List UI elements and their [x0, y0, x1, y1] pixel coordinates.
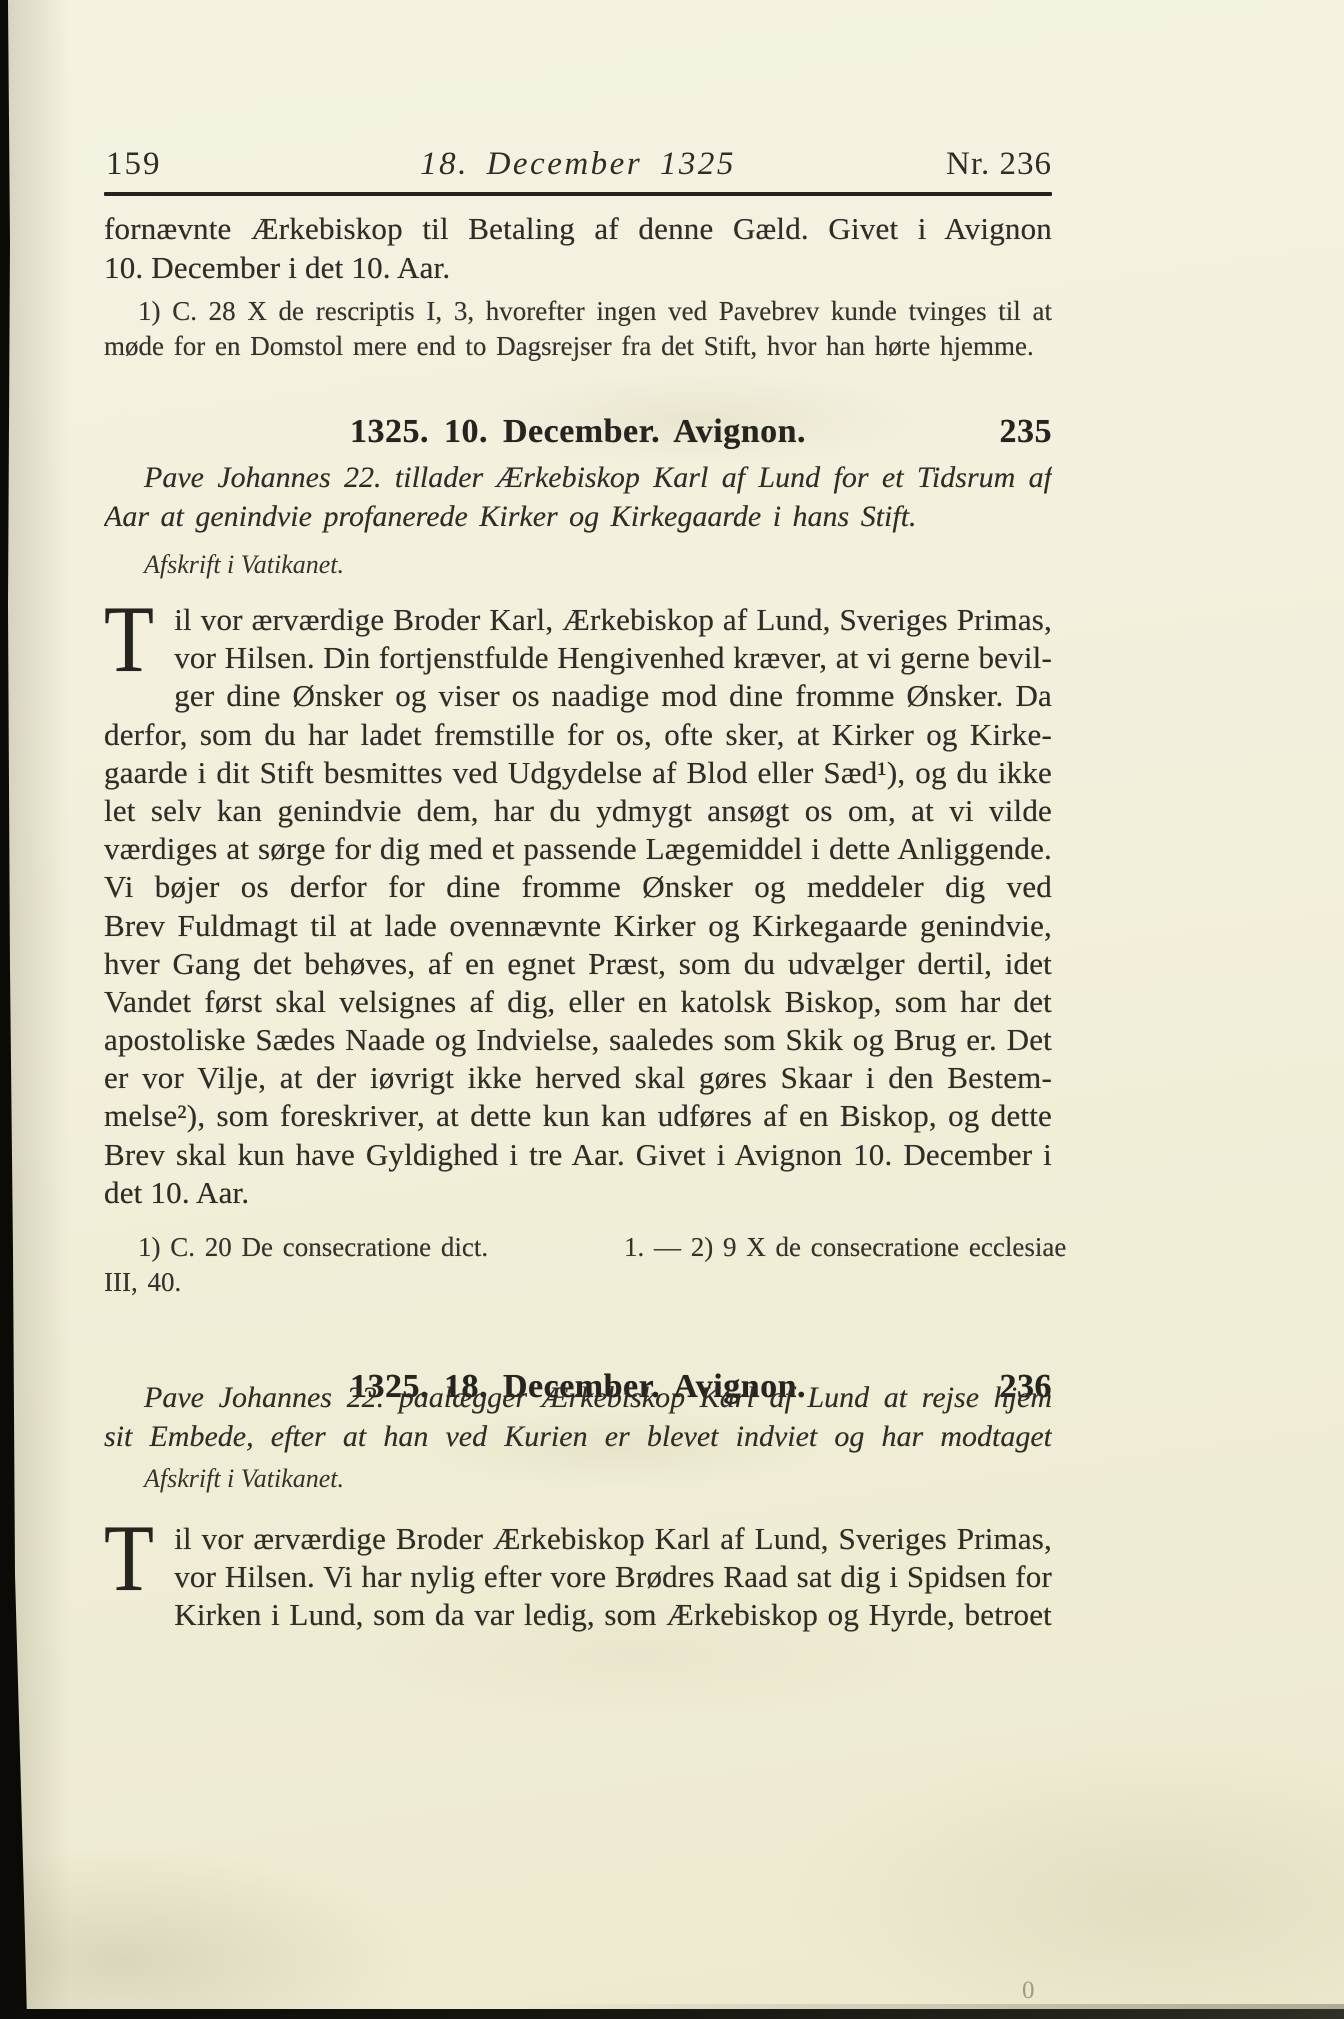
- entry-235-body: T il vor ærværdige Broder Karl, Ærkebisk…: [104, 601, 1052, 1212]
- drop-cap-t: T: [104, 1520, 154, 1597]
- text-line: møde for en Domstol mere end to Dagsrejs…: [104, 329, 1052, 364]
- text-line: det 10. Aar.: [104, 1174, 1052, 1212]
- entry-236-summary: Pave Johannes 22. paalægger Ærkebiskop K…: [104, 1379, 1052, 1456]
- drop-cap-t: T: [104, 601, 154, 678]
- text-line: let selv kan genindvie dem, har du ydmyg…: [104, 792, 1052, 830]
- text-line: ger dine Ønsker og viser os naadige mod …: [174, 677, 1052, 715]
- text-line: 1) C. 28 X de rescriptis I, 3, hvorefter…: [104, 294, 1052, 329]
- text-line: Pave Johannes 22. tillader Ærkebiskop Ka…: [104, 459, 1052, 498]
- text-line: III, 40.: [104, 1265, 574, 1300]
- entry-235-heading: 1325. 10. December. Avignon. 235: [104, 413, 1052, 451]
- scan-edge-bottom: [0, 2009, 1344, 2019]
- stray-ink-mark: 0: [1022, 1977, 1035, 2005]
- entry-235-number: 235: [1000, 413, 1053, 451]
- text-line: sit Embede, efter at han ved Kurien er b…: [104, 1418, 1052, 1457]
- text-line: er vor Vilje, at der iøvrigt ikke herved…: [104, 1059, 1052, 1097]
- text-line: Vi bøjer os derfor for dine fromme Ønske…: [104, 868, 1052, 906]
- text-line: 1) C. 20 De consecratione dict.: [104, 1230, 574, 1265]
- text-line: gaarde i dit Stift besmittes ved Udgydel…: [104, 754, 1052, 792]
- entry-235-summary: Pave Johannes 22. tillader Ærkebiskop Ka…: [104, 459, 1052, 536]
- scanned-book-page: 159 18. December 1325 Nr. 236 fornævnte …: [0, 0, 1344, 2019]
- text-line: 10. December i det 10. Aar.: [104, 249, 1052, 288]
- footnote-left-column: 1) C. 20 De consecratione dict.III, 40.: [104, 1230, 574, 1300]
- footnote-right-column: 1. — 2) 9 X de consecratione ecclesiae: [624, 1230, 1064, 1265]
- entry-235-footnotes: 1) C. 20 De consecratione dict.III, 40. …: [104, 1230, 1052, 1308]
- text-line: vor Hilsen. Din fortjenstfulde Hengivenh…: [174, 639, 1052, 677]
- text-line: Pave Johannes 22. paalægger Ærkebiskop K…: [104, 1379, 1052, 1418]
- text-line: derfor, som du har ladet fremstille for …: [104, 716, 1052, 754]
- entry-236-source-note: Afskrift i Vatikanet.: [104, 1464, 1092, 1494]
- entry-235-heading-title: 1325. 10. December. Avignon.: [350, 413, 806, 450]
- text-line: hver Gang det behøves, af en egnet Præst…: [104, 945, 1052, 983]
- running-title: 18. December 1325: [104, 146, 1052, 183]
- entry-number-ref: Nr. 236: [946, 146, 1052, 183]
- text-line: il vor ærværdige Broder Ærkebiskop Karl …: [174, 1520, 1052, 1558]
- text-line: Brev skal kun have Gyldighed i tre Aar. …: [104, 1136, 1052, 1174]
- text-line: 1. — 2) 9 X de consecratione ecclesiae: [624, 1230, 1064, 1265]
- header-rule: [104, 192, 1052, 196]
- paragraph-continuation: fornævnte Ærkebiskop til Betaling af den…: [104, 210, 1052, 287]
- text-line: il vor ærværdige Broder Karl, Ærkebiskop…: [174, 601, 1052, 639]
- text-line: melse²), som foreskriver, at dette kun k…: [104, 1097, 1052, 1135]
- text-line: værdiges at sørge for dig med et passend…: [104, 830, 1052, 868]
- entry-236-body: T il vor ærværdige Broder Ærkebiskop Kar…: [104, 1520, 1052, 1635]
- text-line: vor Hilsen. Vi har nylig efter vore Brød…: [174, 1558, 1052, 1596]
- text-line: Brev Fuldmagt til at lade ovennævnte Kir…: [104, 907, 1052, 945]
- text-line: Vandet først skal velsignes af dig, elle…: [104, 983, 1052, 1021]
- text-line: Kirken i Lund, som da var ledig, som Ærk…: [174, 1596, 1052, 1634]
- text-line: Aar at genindvie profanerede Kirker og K…: [104, 498, 1052, 537]
- footnote-top: 1) C. 28 X de rescriptis I, 3, hvorefter…: [104, 294, 1052, 364]
- text-line: fornævnte Ærkebiskop til Betaling af den…: [104, 210, 1052, 249]
- text-column: 159 18. December 1325 Nr. 236 fornævnte …: [104, 0, 1052, 2019]
- entry-235-source-note: Afskrift i Vatikanet.: [104, 550, 1092, 580]
- running-head: 159 18. December 1325 Nr. 236: [104, 146, 1052, 192]
- text-line: apostoliske Sædes Naade og Indvielse, sa…: [104, 1021, 1052, 1059]
